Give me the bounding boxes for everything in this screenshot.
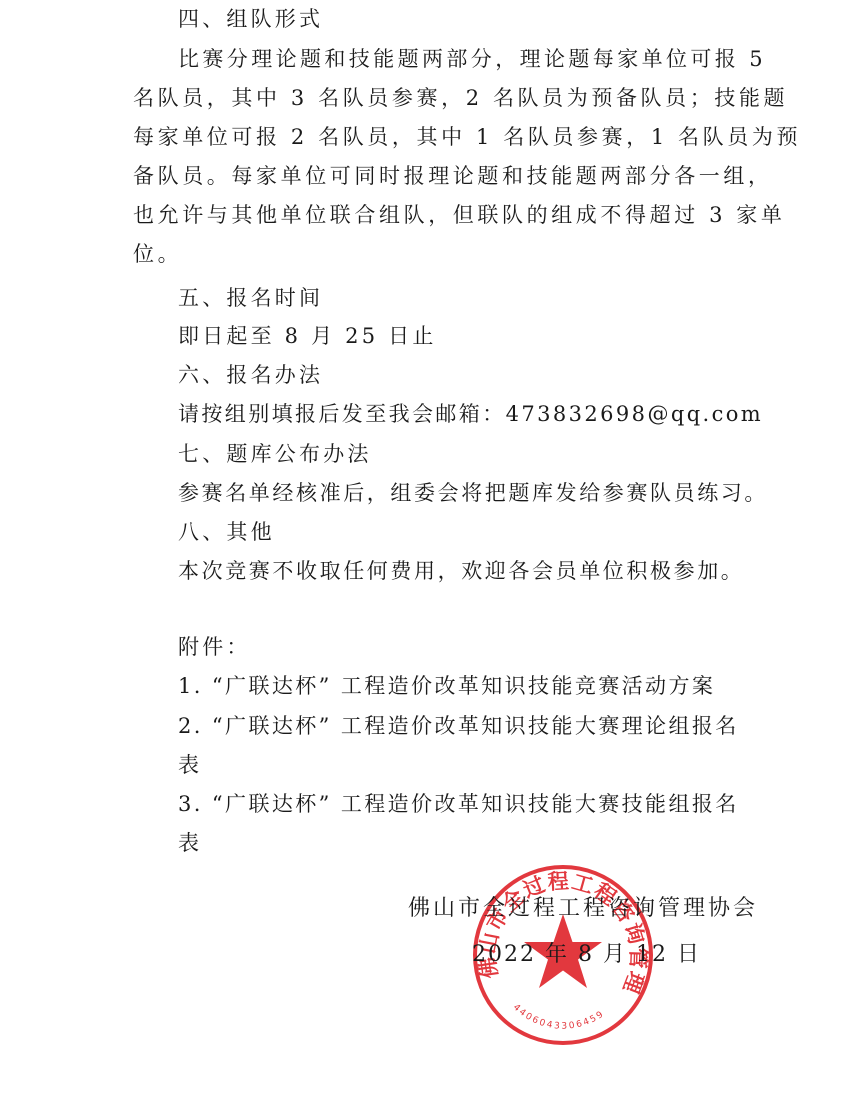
- document-page: 四、组队形式 比赛分理论题和技能题两部分，理论题每家单位可报 5 名队员，其中 …: [0, 0, 850, 1100]
- section-heading-other: 八、其他: [178, 519, 275, 545]
- attachment-item-continuation: 表: [178, 830, 202, 856]
- section-body-line: 比赛分理论题和技能题两部分，理论题每家单位可报 5: [178, 46, 766, 72]
- section-body-line: 即日起至 8 月 25 日止: [178, 323, 437, 349]
- seal-number: 4406043306459: [511, 1003, 607, 1032]
- section-body-line: 位。: [133, 241, 733, 267]
- attachment-item: 1. “广联达杯” 工程造价改革知识技能竞赛活动方案: [178, 673, 715, 699]
- section-body-line: 也允许与其他单位联合组队，但联队的组成不得超过 3 家单: [133, 202, 733, 228]
- signing-organization: 佛山市全过程工程咨询管理协会: [408, 896, 758, 922]
- attachment-item-continuation: 表: [178, 752, 202, 778]
- signing-date: 2022 年 8 月 12 日: [472, 942, 701, 968]
- section-heading-question-bank: 七、题库公布办法: [178, 441, 372, 467]
- section-body-line: 备队员。每家单位可同时报理论题和技能题两部分各一组，: [133, 163, 733, 189]
- attachments-label: 附件：: [178, 634, 251, 660]
- section-body-line: 名队员，其中 3 名队员参赛，2 名队员为预备队员；技能题: [133, 85, 733, 111]
- registration-email-line: 请按组别填报后发至我会邮箱：473832698@qq.com: [178, 401, 763, 427]
- section-heading-team-format: 四、组队形式: [178, 6, 323, 32]
- attachment-item: 2. “广联达杯” 工程造价改革知识技能大赛理论组报名: [178, 713, 739, 739]
- section-body-line: 本次竞赛不收取任何费用，欢迎各会员单位积极参加。: [178, 558, 744, 584]
- section-body-line: 每家单位可报 2 名队员，其中 1 名队员参赛，1 名队员为预: [133, 124, 733, 150]
- section-heading-registration-time: 五、报名时间: [178, 285, 323, 311]
- section-body-line: 参赛名单经核准后，组委会将把题库发给参赛队员练习。: [178, 480, 768, 506]
- attachment-item: 3. “广联达杯” 工程造价改革知识技能大赛技能组报名: [178, 791, 739, 817]
- section-heading-registration-method: 六、报名办法: [178, 362, 323, 388]
